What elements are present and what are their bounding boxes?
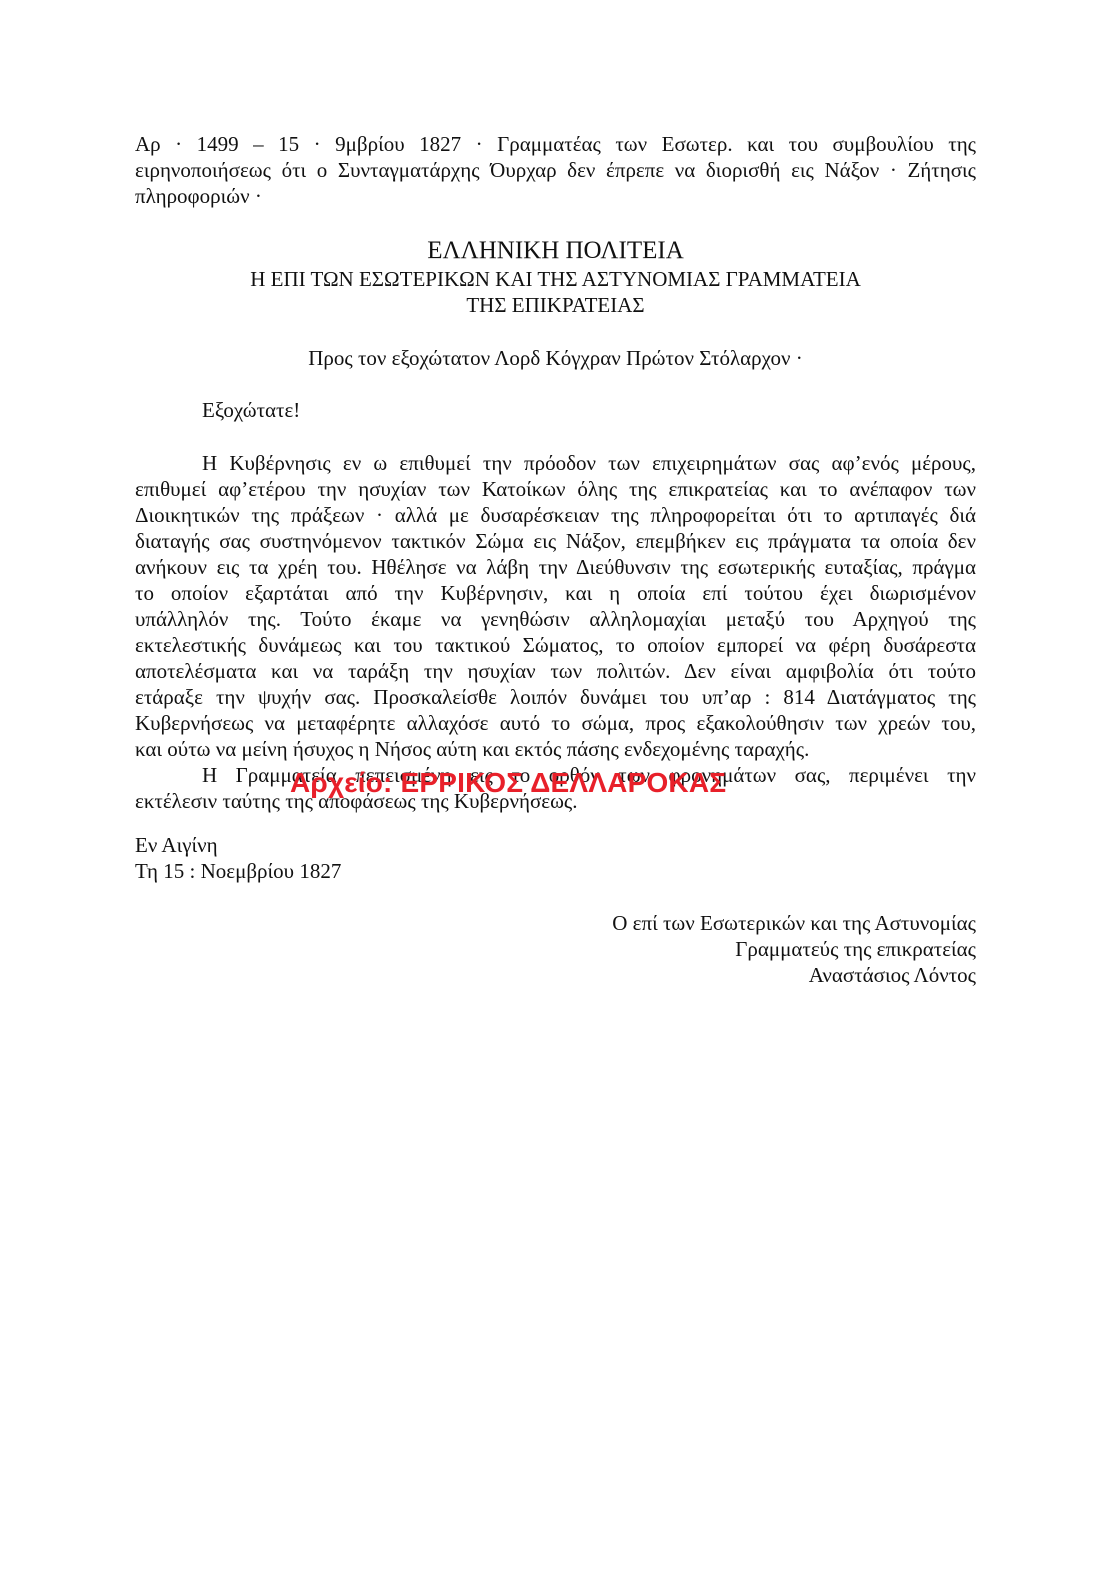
summary-line: ειρηνοποιήσεως ότι ο Συνταγματάρχης Όυρχ… [135,157,976,183]
body-line: ανήκουν εις τα χρέη του. Ηθέλησε να λάβη… [135,554,976,580]
body-line: επιθυμεί αφ’ετέρου την ησυχίαν των Κατοί… [135,476,976,502]
summary-line: Αρ · 1499 – 15 · 9μβρίου 1827 · Γραμματέ… [135,131,976,157]
date: Τη 15 : Νοεμβρίου 1827 [135,858,341,884]
place-date: Εν Αιγίνη Τη 15 : Νοεμβρίου 1827 [135,832,341,884]
body-line: το οποίον εξαρτάται από την Κυβέρνησιν, … [135,580,976,606]
body-line: και ούτω να μείνη ήσυχος η Νήσος αύτη κα… [135,736,976,762]
body-line: Διοικητικών της πράξεων · αλλά με δυσαρέ… [135,502,976,528]
heading-state-sub: ΤΗΣ ΕΠΙΚΡΑΤΕΙΑΣ [135,292,976,318]
signature-block: Ο επί των Εσωτερικών και της Αστυνομίας … [612,910,976,988]
archive-watermark: Αρχείο: ΕΡΡΙΚΟΣ ΔΕΛΛΑΡΟΚΑΣ [290,766,726,800]
salutation: Εξοχώτατε! [202,397,300,423]
place: Εν Αιγίνη [135,832,341,858]
heading-ministry: Η ΕΠΙ ΤΩΝ ΕΣΩΤΕΡΙΚΩΝ ΚΑΙ ΤΗΣ ΑΣΤΥΝΟΜΙΑΣ … [135,266,976,292]
body-line: Κυβερνήσεως να μεταφέρητε αλλαχόσε αυτό … [135,710,976,736]
body-line: ετάραξε την ψυχήν σας. Προσκαλείσθε λοιπ… [135,684,976,710]
signature-role: Γραμματεύς της επικρατείας [612,936,976,962]
signature-title: Ο επί των Εσωτερικών και της Αστυνομίας [612,910,976,936]
letter-body: Η Κυβέρνησις εν ω επιθυμεί την πρόοδον τ… [135,450,976,814]
addressee: Προς τον εξοχώτατον Λορδ Κόγχραν Πρώτον … [135,345,976,371]
document-summary: Αρ · 1499 – 15 · 9μβρίου 1827 · Γραμματέ… [135,131,976,209]
body-line: αποτελέσματα και να ταράξη την ησυχίαν τ… [135,658,976,684]
addressee-text: Προς τον εξοχώτατον Λορδ Κόγχραν Πρώτον … [308,346,802,370]
body-line: διαταγής σας συστηνόμενον τακτικόν Σώμα … [135,528,976,554]
signature-name: Αναστάσιος Λόντος [612,962,976,988]
body-line: Η Κυβέρνησις εν ω επιθυμεί την πρόοδον τ… [135,450,976,476]
document-page: Αρ · 1499 – 15 · 9μβρίου 1827 · Γραμματέ… [0,0,1103,1569]
heading-state: ΕΛΛΗΝΙΚΗ ΠΟΛΙΤΕΙΑ [135,236,976,266]
body-line: εκτελεστικής δυνάμεως και του τακτικού Σ… [135,632,976,658]
summary-line: πληροφοριών · [135,183,976,209]
body-line: υπάλληλόν της. Τούτο έκαμε να γενηθώσιν … [135,606,976,632]
